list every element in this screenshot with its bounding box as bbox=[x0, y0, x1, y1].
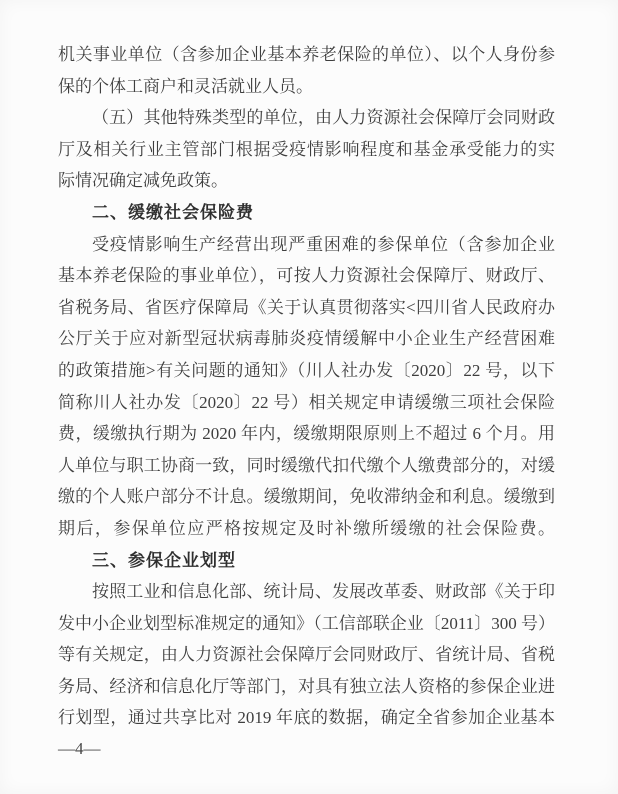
doc-line: 厅及相关行业主管部门根据受疫情影响程度和基金承受能力的实 bbox=[58, 134, 555, 166]
doc-line: 公厅关于应对新型冠状病毒肺炎疫情缓解中小企业生产经营困难 bbox=[58, 323, 555, 355]
section-heading-2: 二、缓缴社会保险费 bbox=[58, 197, 555, 229]
doc-line: （五）其他特殊类型的单位，由人力资源社会保障厅会同财政 bbox=[58, 102, 555, 134]
doc-line: 等有关规定，由人力资源社会保障厅会同财政厅、省统计局、省税 bbox=[58, 639, 555, 671]
section-heading-3: 三、参保企业划型 bbox=[58, 545, 555, 577]
document-text-block: 机关事业单位（含参加企业基本养老保险的单位）、以个人身份参 保的个体工商户和灵活… bbox=[58, 39, 555, 734]
page-number: —4— bbox=[58, 733, 101, 765]
doc-line: 发中小企业划型标准规定的通知》（工信部联企业〔2011〕300 号） bbox=[58, 608, 555, 640]
doc-line: 缴的个人账户部分不计息。缓缴期间，免收滞纳金和利息。缓缴到 bbox=[58, 481, 555, 513]
doc-line: 基本养老保险的事业单位），可按人力资源社会保障厅、财政厅、 bbox=[58, 260, 555, 292]
doc-line: 的政策措施>有关问题的通知》（川人社办发〔2020〕22 号，以下 bbox=[58, 355, 555, 387]
doc-line: 人单位与职工协商一致，同时缓缴代扣代缴个人缴费部分的，对缓 bbox=[58, 450, 555, 482]
doc-line: 按照工业和信息化部、统计局、发展改革委、财政部《关于印 bbox=[58, 576, 555, 608]
doc-line: 际情况确定减免政策。 bbox=[58, 165, 555, 197]
doc-line: 机关事业单位（含参加企业基本养老保险的单位）、以个人身份参 bbox=[58, 39, 555, 71]
doc-line: 费，缓缴执行期为 2020 年内，缓缴期限原则上不超过 6 个月。用 bbox=[58, 418, 555, 450]
doc-line: 务局、经济和信息化厅等部门，对具有独立法人资格的参保企业进 bbox=[58, 671, 555, 703]
doc-line: 期后，参保单位应严格按规定及时补缴所缓缴的社会保险费。 bbox=[58, 513, 555, 545]
doc-line: 保的个体工商户和灵活就业人员。 bbox=[58, 71, 555, 103]
doc-line: 受疫情影响生产经营出现严重困难的参保单位（含参加企业 bbox=[58, 229, 555, 261]
doc-line: 简称川人社办发〔2020〕22 号）相关规定申请缓缴三项社会保险 bbox=[58, 387, 555, 419]
document-page: 机关事业单位（含参加企业基本养老保险的单位）、以个人身份参 保的个体工商户和灵活… bbox=[0, 0, 618, 794]
doc-line: 行划型，通过共享比对 2019 年底的数据，确定全省参加企业基本 bbox=[58, 702, 555, 734]
doc-line: 省税务局、省医疗保障局《关于认真贯彻落实<四川省人民政府办 bbox=[58, 292, 555, 324]
